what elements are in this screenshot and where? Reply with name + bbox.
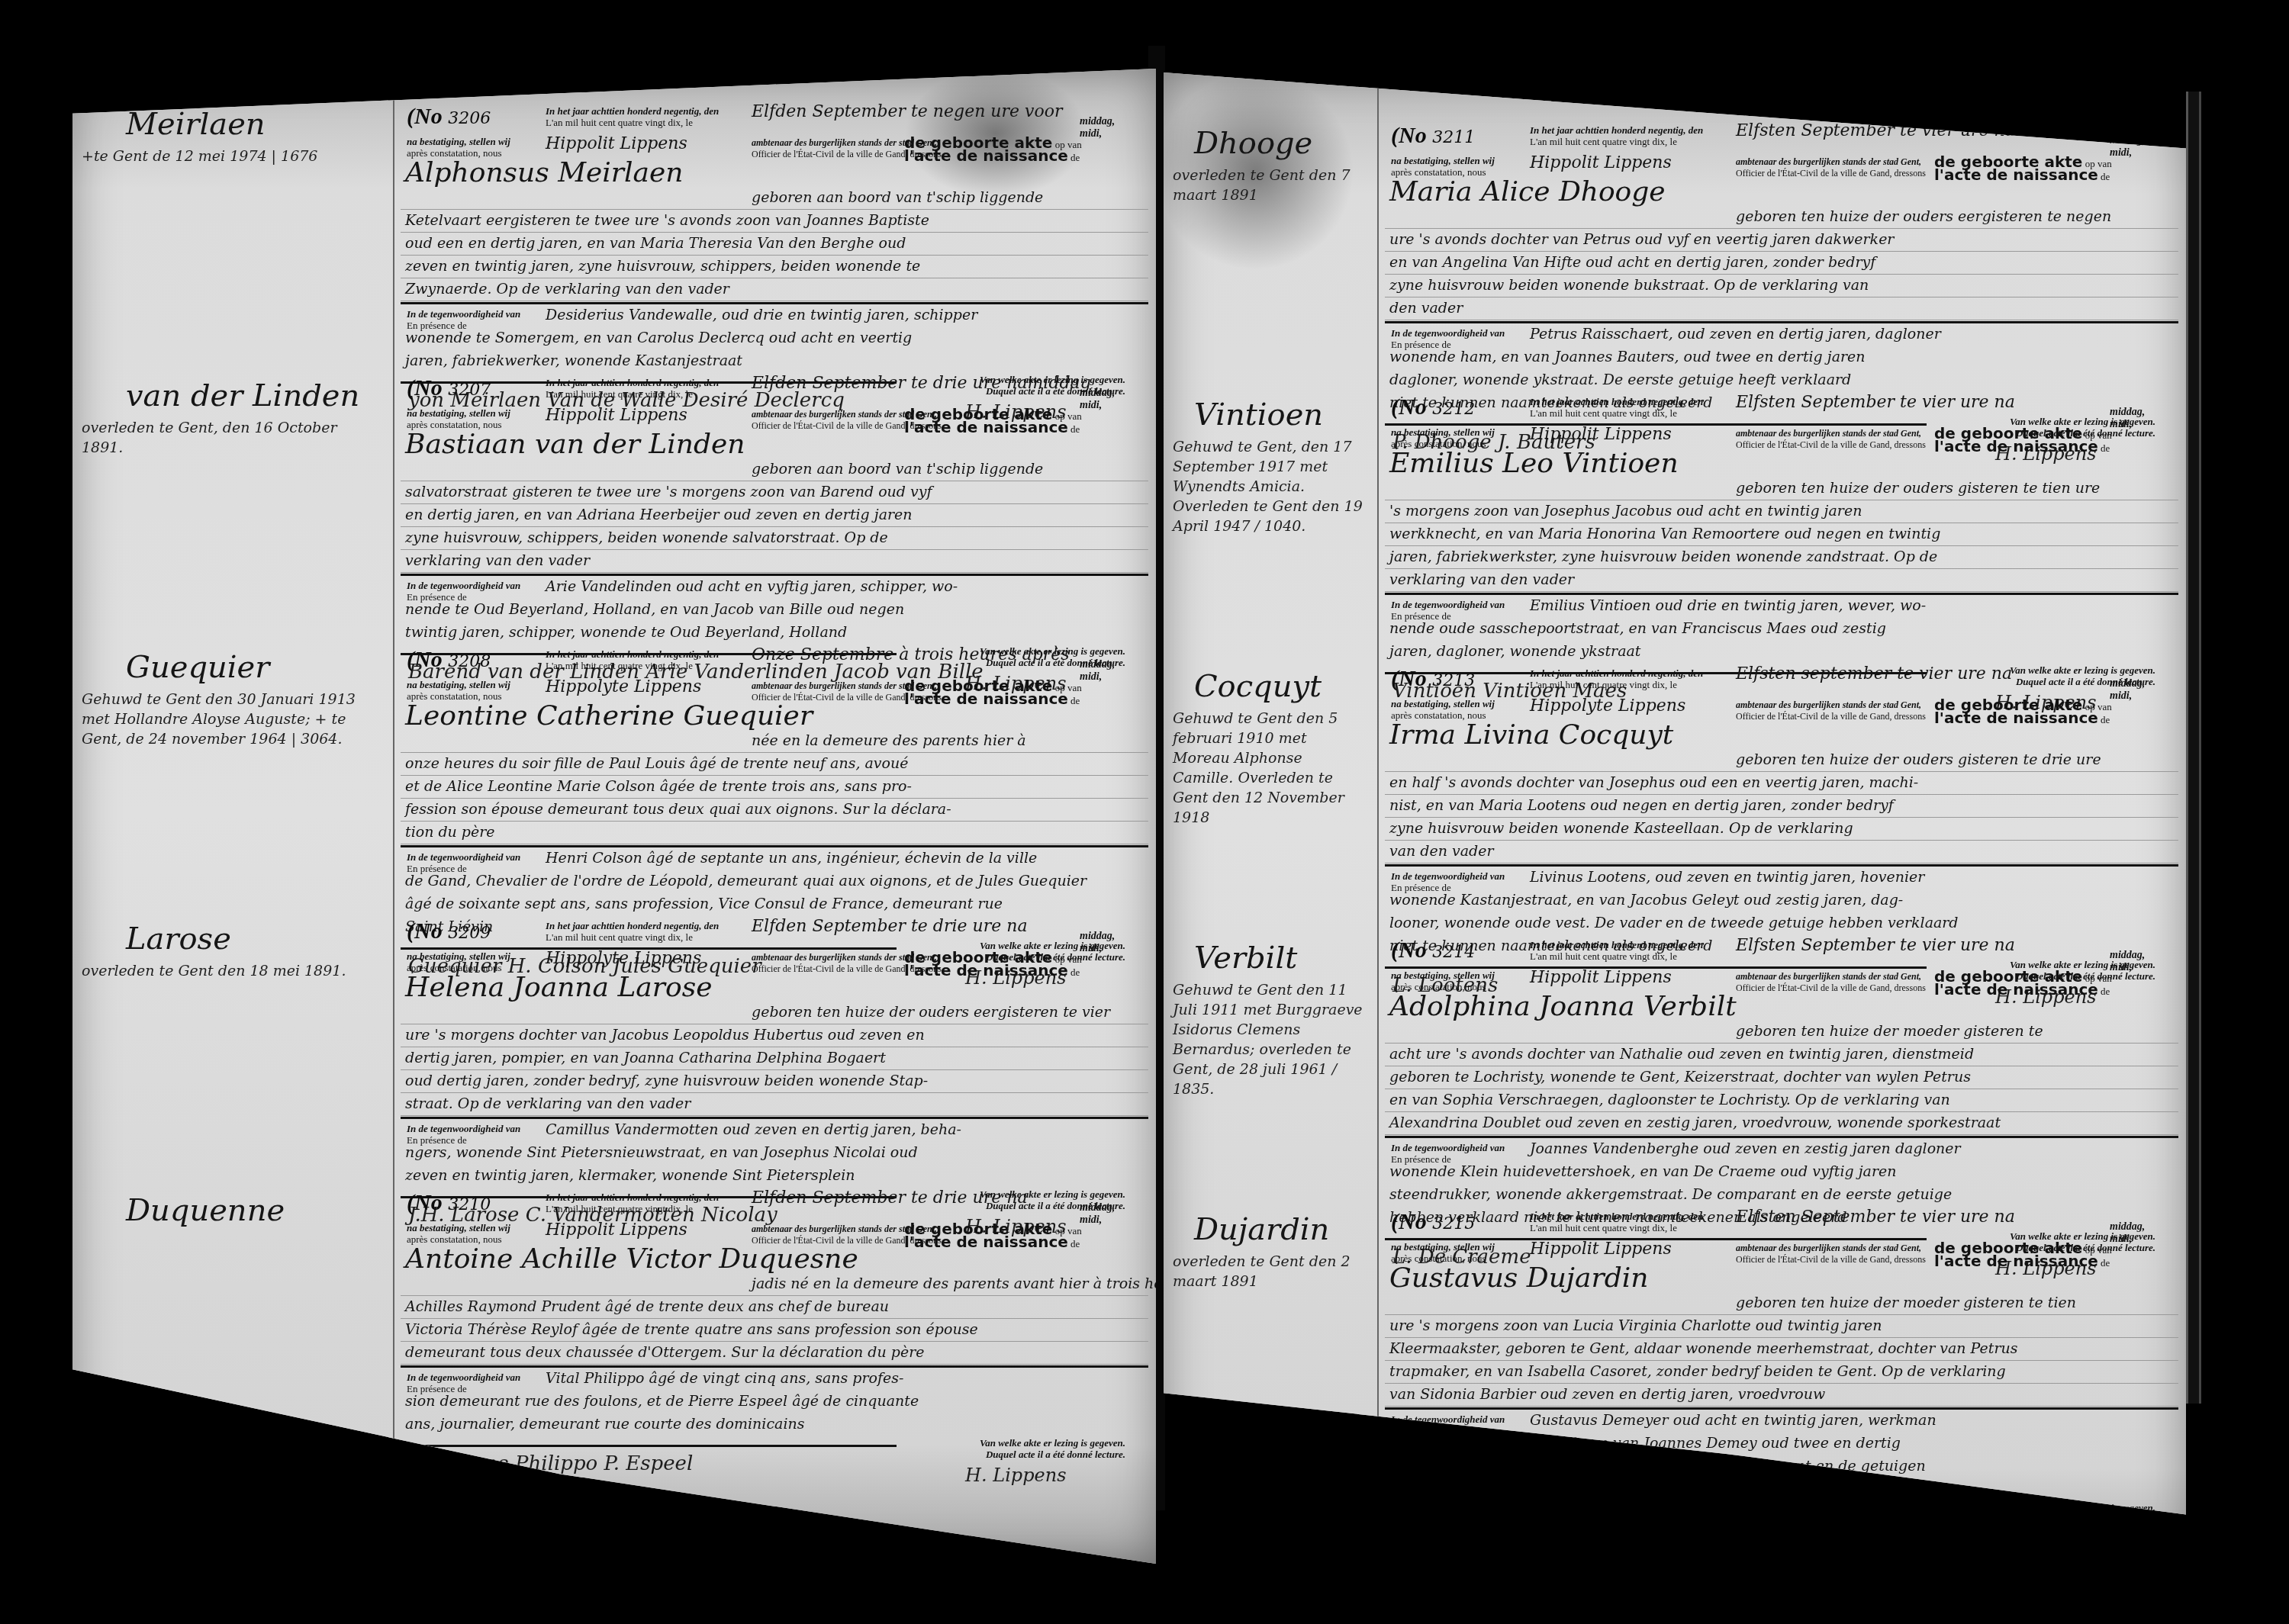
folio-number: 38 1/18: [2033, 103, 2106, 128]
ruled-line: [401, 278, 1148, 278]
ruled-line: [1385, 863, 2178, 863]
act-number: (No 3209: [407, 918, 491, 944]
witness-text-line: Desiderius Vandewalle, oud drie en twint…: [546, 307, 977, 323]
margin-annotation: overleden te Gent, den 16 October 1891.: [82, 418, 379, 458]
ruled-line: [401, 1092, 1148, 1093]
margin-annotation: Gehuwd te Gent den 11 Juli 1911 met Burg…: [1173, 980, 1363, 1099]
register-entry: van der Lindenoverleden te Gent, den 16 …: [72, 371, 1156, 642]
witness-text-line: jaren, fabriekwerker, wonende Kastanjest…: [405, 352, 742, 369]
act-date: Elfden September te drie ure namiddag: [752, 374, 1091, 393]
ruled-line: [1385, 1314, 2178, 1315]
witness-text-line: wonende Kastanjestraat, en van Jacobus G…: [1389, 892, 1903, 908]
printed-midday: middag,midi,: [2110, 407, 2145, 431]
officer-name: Hippolyte Lippens: [546, 949, 701, 968]
witness-text-line: nende oude sasschepoortstraat, en van Fr…: [1389, 620, 1886, 637]
section-rule: [1385, 864, 2178, 867]
section-rule: [1385, 321, 2178, 323]
act-text-line: fession son épouse demeurant tous deux q…: [405, 801, 951, 818]
act-text-line: 's morgens zoon van Josephus Jacobus oud…: [1389, 503, 1862, 519]
child-name: Adolphina Joanna Verbilt: [1389, 991, 1737, 1022]
ruled-line: [1385, 1337, 2178, 1338]
printed-midday: middag,midi,: [2110, 1221, 2145, 1246]
witness-text-line: Livinus Lootens, oud zeven en twintig ja…: [1530, 869, 1924, 886]
witness-text-line: Emilius Vintioen oud drie en twintig jar…: [1530, 597, 1926, 614]
act-text-line: Kleermaakster, geboren te Gent, aldaar w…: [1389, 1340, 2017, 1357]
printed-presence: In de tegenwoordigheid vanEn présence de: [1391, 327, 1505, 350]
officer-name: Hippolyte Lippens: [1530, 696, 1685, 716]
printed-midday: middag,midi,: [2110, 678, 2145, 703]
act-text-line: trapmaker, en van Isabella Casoret, zond…: [1389, 1363, 2006, 1380]
act-text-line: en van Angelina Van Hifte oud acht en de…: [1389, 254, 1875, 271]
witness-text-line: sion demeurant rue des foulons, et de Pi…: [405, 1393, 919, 1410]
printed-midday: middag,midi,: [1080, 116, 1115, 140]
act-text-line: van Sidonia Barbier oud zeven en dertig …: [1389, 1386, 1825, 1403]
ruled-line: [1385, 251, 2178, 252]
act-text-line: zeven en twintig jaren, zyne huisvrouw, …: [405, 258, 920, 275]
act-text-line: ure 's morgens zoon van Lucia Virginia C…: [1389, 1317, 1882, 1334]
ruled-line: [401, 798, 1148, 799]
act-date: Elfden September te negen ure voor: [752, 102, 1062, 121]
witness-text-line: ker, wonende bleekersdyk, en van Joannes…: [1389, 1435, 1901, 1452]
ruled-line: [401, 1364, 1148, 1365]
printed-officer: ambtenaar des burgerlijken stands der st…: [1736, 156, 1926, 179]
printed-year-heading: In het jaar achttien honderd negentig, d…: [546, 105, 719, 128]
ruled-line: [401, 844, 1148, 844]
register-entry: Duquenne(No 3210In het jaar achttien hon…: [72, 1185, 1156, 1457]
printed-after: na bestatiging, stellen wijaprès constat…: [1391, 155, 1495, 178]
child-name: Helena Joanna Larose: [405, 972, 713, 1003]
margin-surname: van der Linden: [126, 378, 359, 413]
printed-year-heading: In het jaar achttien honderd negentig, d…: [1530, 939, 1703, 962]
printed-act-title: de geboorte akte op vanl'acte de naissan…: [1934, 156, 2112, 182]
ruled-line: [401, 1318, 1148, 1319]
printed-year-heading: In het jaar achttien honderd negentig, d…: [546, 377, 719, 400]
printed-officer: ambtenaar des burgerlijken stands der st…: [1736, 971, 1926, 994]
margin-annotation: Gehuwd te Gent, den 17 September 1917 me…: [1173, 437, 1363, 536]
witness-text-line: de Gand, Chevalier de l'ordre de Léopold…: [405, 873, 1087, 889]
ruled-line: [401, 1047, 1148, 1047]
ruled-line: [401, 752, 1148, 753]
act-text-line: geboren ten huize der ouders eergisteren…: [1736, 208, 2111, 225]
act-date: Elfsten September te vier ure na: [1736, 1208, 2015, 1227]
act-text-line: van den vader: [1389, 843, 1494, 860]
officer-name: Hippolit Lippens: [1530, 153, 1672, 172]
ruled-line: [401, 1115, 1148, 1116]
printed-midday: middag,midi,: [1080, 659, 1115, 683]
printed-presence: In de tegenwoordigheid vanEn présence de: [1391, 1142, 1505, 1165]
act-text-line: Zwynaerde. Op de verklaring van den vade…: [405, 281, 729, 297]
printed-midday: middag,midi,: [1080, 388, 1115, 412]
ruled-line: [1385, 1111, 2178, 1112]
printed-act-title: de geboorte akte op vanl'acte de naissan…: [1934, 428, 2112, 454]
act-number: (No 3215: [1391, 1209, 1475, 1235]
act-text-line: geboren aan boord van t'schip liggende: [752, 461, 1043, 478]
margin-surname: Vintioen: [1194, 397, 1323, 433]
margin-surname: Larose: [126, 921, 231, 957]
witness-text-line: hebben verklaard niet te kunnen naamteek…: [1389, 1481, 1846, 1497]
section-rule: [401, 1365, 1148, 1368]
witness-text-line: looner, wonende oude vest. De vader en d…: [1389, 915, 1959, 931]
act-text-line: verklaring van den vader: [405, 552, 590, 569]
printed-act-title: de geboorte akte op vanl'acte de naissan…: [1934, 699, 2112, 725]
printed-after: na bestatiging, stellen wijaprès constat…: [407, 136, 510, 159]
section-rule: [1385, 1407, 2178, 1410]
act-text-line: nist, en van Maria Lootens oud negen en …: [1389, 797, 1894, 814]
ruled-line: [401, 232, 1148, 233]
act-text-line: Victoria Thérèse Reylof âgée de trente q…: [405, 1321, 978, 1338]
printed-midday: middag,midi,: [2110, 950, 2145, 974]
printed-act-title: de geboorte akte op vanl'acte de naissan…: [904, 680, 1082, 706]
ruled-line: [1385, 228, 2178, 229]
witness-text-line: Arie Vandelinden oud acht en vyftig jare…: [546, 578, 958, 595]
act-date: Onze Septembre à trois heures après: [752, 645, 1070, 664]
act-text-line: dertig jaren, pompier, en van Joanna Cat…: [405, 1050, 886, 1066]
act-text-line: en dertig jaren, en van Adriana Heerbeij…: [405, 506, 913, 523]
witness-text-line: ans, journalier, demeurant rue courte de…: [405, 1416, 804, 1433]
right-page: 38 1/18 Dhoogeoverleden te Gent den 7 ma…: [1164, 72, 2186, 1590]
printed-presence: In de tegenwoordigheid vanEn présence de: [407, 580, 520, 603]
witness-text-line: Camillus Vandermotten oud zeven en derti…: [546, 1121, 961, 1138]
act-text-line: straat. Op de verklaring van den vader: [405, 1095, 691, 1112]
act-text-line: ure 's avonds dochter van Petrus oud vyf…: [1389, 231, 1894, 248]
printed-act-title: de geboorte akte op vanl'acte de naissan…: [904, 409, 1082, 435]
printed-presence: In de tegenwoordigheid vanEn présence de: [1391, 870, 1505, 893]
act-text-line: den vader: [1389, 300, 1463, 317]
act-text-line: geboren ten huize der ouders gisteren te…: [1736, 480, 2100, 497]
section-rule: [1385, 593, 2178, 595]
act-number: (No 3213: [1391, 666, 1475, 692]
printed-year-heading: In het jaar achttien honderd negentig, d…: [1530, 396, 1703, 419]
act-number: (No 3207: [407, 375, 491, 401]
witness-text-line: wonende ham, en van Joannes Bauters, oud…: [1389, 349, 1866, 365]
witness-text-line: Petrus Raisschaert, oud zeven en dertig …: [1530, 326, 1941, 342]
act-text-line: zyne huisvrouw beiden wonende bukstraat.…: [1389, 277, 1869, 294]
act-text-line: onze heures du soir fille de Paul Louis …: [405, 755, 908, 772]
register-entry: VerbiltGehuwd te Gent den 11 Juli 1911 m…: [1164, 933, 2186, 1204]
register-entry: CocquytGehuwd te Gent den 5 februari 191…: [1164, 661, 2186, 933]
section-rule: [401, 302, 1148, 304]
printed-officer: ambtenaar des burgerlijken stands der st…: [1736, 1243, 1926, 1265]
act-number: (No 3206: [407, 104, 491, 130]
officer-name: Hippolit Lippens: [546, 1220, 687, 1240]
ruled-line: [1385, 523, 2178, 523]
margin-annotation: overleden te Gent den 7 maart 1891: [1173, 166, 1363, 205]
child-name: Antoine Achille Victor Duquesne: [405, 1243, 858, 1275]
ruled-line: [1385, 1383, 2178, 1384]
witness-text-line: wonende te Somergem, en van Carolus Decl…: [405, 330, 912, 346]
act-text-line: werkknecht, en van Maria Honorina Van Re…: [1389, 526, 1940, 542]
printed-after: na bestatiging, stellen wijaprès constat…: [407, 679, 510, 702]
margin-surname: Duquenne: [126, 1193, 285, 1228]
register-entry: Dhoogeoverleden te Gent den 7 maart 1891…: [1164, 118, 2186, 390]
printed-presence: In de tegenwoordigheid vanEn présence de: [407, 1123, 520, 1146]
child-name: Maria Alice Dhooge: [1389, 176, 1666, 207]
witness-text-line: Henri Colson âgé de septante un ans, ing…: [546, 850, 1037, 867]
register-entry: Dujardinoverleden te Gent den 2 maart 18…: [1164, 1204, 2186, 1476]
act-text-line: en van Sophia Verschraegen, dagloonster …: [1389, 1092, 1950, 1108]
printed-midday: middag,midi,: [2110, 135, 2145, 159]
child-name: Bastiaan van der Linden: [405, 429, 745, 460]
act-text-line: geboren aan boord van t'schip liggende: [752, 189, 1043, 206]
officer-signature: H. Lippens: [965, 1465, 1067, 1486]
act-text-line: zyne huisvrouw beiden wonende Kasteellaa…: [1389, 820, 1853, 837]
act-date: Elfsten September te vier ure na: [1736, 393, 2015, 412]
printed-year-heading: In het jaar achttien honderd negentig, d…: [1530, 667, 1703, 690]
printed-act-title: de geboorte akte op vanl'acte de naissan…: [904, 1224, 1082, 1249]
witness-text-line: wonende Klein huidevettershoek, en van D…: [1389, 1163, 1896, 1180]
witness-text-line: twintig jaren, schipper, wonende te Oud …: [405, 624, 847, 641]
officer-signature: H. Lippens: [1995, 1529, 2097, 1551]
witness-text-line: âgé de soixante sept ans, sans professio…: [405, 896, 1003, 912]
witness-text-line: Joannes Vandenberghe oud zeven en zestig…: [1530, 1140, 1961, 1157]
section-rule: [401, 1445, 897, 1447]
ruled-line: [401, 209, 1148, 210]
ruled-line: [401, 301, 1148, 301]
act-text-line: geboren ten huize der moeder gisteren te…: [1736, 1294, 2076, 1311]
act-text-line: verklaring van den vader: [1389, 571, 1574, 588]
margin-surname: Guequier: [126, 650, 269, 685]
act-text-line: en half 's avonds dochter van Josephus o…: [1389, 774, 1918, 791]
witness-text-line: Vital Philippo âgé de vingt cinq ans, sa…: [546, 1370, 904, 1387]
section-rule: [401, 1117, 1148, 1119]
ruled-line: [401, 1069, 1148, 1070]
printed-presence: In de tegenwoordigheid vanEn présence de: [407, 851, 520, 874]
ruled-line: [1385, 274, 2178, 275]
printed-after: na bestatiging, stellen wijaprès constat…: [407, 950, 510, 973]
ruled-line: [401, 1024, 1148, 1024]
section-rule: [401, 574, 1148, 576]
printed-year-heading: In het jaar achttien honderd negentig, d…: [546, 920, 719, 943]
ruled-line: [401, 481, 1148, 481]
printed-after: na bestatiging, stellen wijaprès constat…: [1391, 970, 1495, 992]
margin-annotation: +te Gent de 12 mei 1974 | 1676: [82, 146, 379, 166]
act-number: (No 3208: [407, 647, 491, 673]
ruled-line: [1385, 545, 2178, 546]
act-number: (No 3214: [1391, 937, 1475, 963]
ruled-line: [1385, 1360, 2178, 1361]
printed-presence: In de tegenwoordigheid vanEn présence de: [407, 1372, 520, 1394]
printed-presence: In de tegenwoordigheid vanEn présence de: [1391, 1413, 1505, 1436]
officer-name: Hippolit Lippens: [1530, 968, 1672, 987]
left-page: Meirlaen+te Gent de 12 mei 1974 | 1676(N…: [72, 69, 1156, 1564]
printed-after: na bestatiging, stellen wijaprès constat…: [1391, 1241, 1495, 1264]
ruled-line: [401, 549, 1148, 550]
section-rule: [1385, 1136, 2178, 1138]
officer-name: Hippolit Lippens: [546, 134, 687, 153]
register-entry: GuequierGehuwd te Gent den 30 Januari 19…: [72, 642, 1156, 914]
printed-year-heading: In het jaar achttien honderd negentig, d…: [1530, 1211, 1703, 1233]
act-text-line: acht ure 's avonds dochter van Nathalie …: [1389, 1046, 1974, 1063]
printed-presence: In de tegenwoordigheid vanEn présence de: [1391, 599, 1505, 622]
act-text-line: tion du père: [405, 824, 495, 841]
printed-year-heading: In het jaar achttien honderd negentig, d…: [546, 648, 719, 671]
margin-annotation: Gehuwd te Gent den 5 februari 1910 met M…: [1173, 709, 1363, 828]
witness-text-line: nende te Oud Beyerland, Holland, en van …: [405, 601, 904, 618]
ruled-line: [1385, 1066, 2178, 1066]
act-text-line: née en la demeure des parents hier à: [752, 732, 1026, 749]
register-entry: Meirlaen+te Gent de 12 mei 1974 | 1676(N…: [72, 99, 1156, 371]
printed-act-title: de geboorte akte op vanl'acte de naissan…: [1934, 971, 2112, 997]
ruled-line: [1385, 771, 2178, 772]
officer-name: Hippolit Lippens: [1530, 425, 1672, 444]
section-rule: [1385, 1510, 1927, 1512]
act-text-line: et de Alice Leontine Marie Colson âgée d…: [405, 778, 912, 795]
margin-surname: Dujardin: [1194, 1212, 1329, 1247]
register-entry: VintioenGehuwd te Gent, den 17 September…: [1164, 390, 2186, 661]
printed-act-title: de geboorte akte op vanl'acte de naissan…: [1934, 1243, 2112, 1269]
printed-year-heading: In het jaar achttien honderd negentig, d…: [1530, 124, 1703, 147]
act-number: (No 3210: [407, 1190, 491, 1216]
ruled-line: [1385, 840, 2178, 841]
ruled-line: [401, 503, 1148, 504]
ruled-line: [1385, 1089, 2178, 1089]
child-name: Alphonsus Meirlaen: [405, 157, 684, 188]
margin-surname: Meirlaen: [126, 107, 266, 142]
act-text-line: jaren, fabriekwerkster, zyne huisvrouw b…: [1389, 548, 1937, 565]
ruled-line: [1385, 500, 2178, 500]
act-text-line: geboren ten huize der ouders eergisteren…: [752, 1004, 1110, 1021]
printed-reading-note: Van welke akte er lezing is gegeven.Duqu…: [897, 1437, 1125, 1460]
act-text-line: salvatorstraat gisteren te twee ure 's m…: [405, 484, 932, 500]
ruled-line: [401, 1341, 1148, 1342]
printed-officer: ambtenaar des burgerlijken stands der st…: [1736, 699, 1926, 722]
section-rule: [401, 845, 1148, 847]
printed-midday: middag,midi,: [1080, 931, 1115, 955]
ruled-line: [1385, 794, 2178, 795]
act-text-line: zyne huisvrouw, schippers, beiden wonend…: [405, 529, 888, 546]
ruled-line: [1385, 1134, 2178, 1135]
act-text-line: geboren te Lochristy, wonende te Gent, K…: [1389, 1069, 1971, 1085]
act-text-line: Alexandrina Doublet oud zeven en zestig …: [1389, 1114, 2001, 1131]
act-text-line: geboren ten huize der ouders gisteren te…: [1736, 751, 2101, 768]
printed-act-title: de geboorte akte op vanl'acte de naissan…: [904, 952, 1082, 978]
printed-act-title: de geboorte akte op vanl'acte de naissan…: [904, 137, 1082, 163]
ruled-line: [401, 255, 1148, 256]
ruled-line: [1385, 817, 2178, 818]
act-date: Elfden September te drie ure na: [752, 1188, 1028, 1208]
printed-after: na bestatiging, stellen wijaprès constat…: [407, 407, 510, 430]
party-signatures: Duquesne Philippo P. Espeel: [408, 1452, 693, 1475]
child-name: Gustavus Dujardin: [1389, 1262, 1648, 1294]
printed-presence: In de tegenwoordigheid vanEn présence de: [407, 308, 520, 331]
officer-name: Hippolyte Lippens: [546, 677, 701, 696]
ruled-line: [401, 572, 1148, 573]
witness-text-line: steendrukker, wonende akkergemstraat. De…: [1389, 1186, 1952, 1203]
ruled-line: [401, 775, 1148, 776]
printed-midday: middag,midi,: [1080, 1202, 1115, 1227]
act-text-line: geboren ten huize der moeder gisteren te: [1736, 1023, 2043, 1040]
officer-name: Hippolit Lippens: [546, 406, 687, 425]
book-edge: [2186, 92, 2201, 1404]
ruled-line: [401, 821, 1148, 822]
child-name: Irma Livina Cocquyt: [1389, 719, 1673, 751]
ruled-line: [1385, 297, 2178, 297]
ruled-line: [1385, 1406, 2178, 1407]
margin-surname: Dhooge: [1194, 126, 1312, 161]
ruled-line: [1385, 320, 2178, 320]
printed-after: na bestatiging, stellen wijaprès constat…: [1391, 426, 1495, 449]
witness-text-line: ngers, wonende Sint Pietersnieuwstraat, …: [405, 1144, 918, 1161]
act-number: (No 3212: [1391, 394, 1475, 420]
witness-text-line: zeven en twintig jaren, klermaker, wonen…: [405, 1167, 855, 1184]
margin-annotation: overleden te Gent den 18 mei 1891.: [82, 961, 379, 981]
officer-name: Hippolit Lippens: [1530, 1240, 1672, 1259]
register-entry: Laroseoverleden te Gent den 18 mei 1891.…: [72, 914, 1156, 1185]
ruled-line: [1385, 1043, 2178, 1044]
printed-after: na bestatiging, stellen wijaprès constat…: [1391, 698, 1495, 721]
act-text-line: demeurant tous deux chaussée d'Ottergem.…: [405, 1344, 925, 1361]
act-date: Elfsten September te vier ure na: [1736, 121, 2015, 140]
act-text-line: Achilles Raymond Prudent âgé de trente d…: [405, 1298, 889, 1315]
margin-annotation: Gehuwd te Gent den 30 Januari 1913 met H…: [82, 690, 379, 749]
act-date: Elfsten september te vier ure na: [1736, 664, 2012, 683]
margin-surname: Cocquyt: [1194, 669, 1322, 704]
margin-annotation: overleden te Gent den 2 maart 1891: [1173, 1252, 1363, 1291]
ruled-line: [401, 1295, 1148, 1296]
child-name: Emilius Leo Vintioen: [1389, 448, 1679, 479]
child-name: Leontine Catherine Guequier: [405, 700, 813, 732]
witness-text-line: dagloner, wonende ykstraat. De eerste ge…: [1389, 371, 1851, 388]
act-date: Elfsten September te vier ure na: [1736, 936, 2015, 955]
printed-year-heading: In het jaar achttien honderd negentig, d…: [546, 1191, 719, 1214]
printed-officer: ambtenaar des burgerlijken stands der st…: [1736, 428, 1926, 451]
printed-after: na bestatiging, stellen wijaprès constat…: [407, 1222, 510, 1245]
ruled-line: [401, 526, 1148, 527]
act-text-line: oud een en dertig jaren, en van Maria Th…: [405, 235, 906, 252]
act-number: (No 3211: [1391, 123, 1475, 149]
witness-text-line: Gustavus Demeyer oud acht en twintig jar…: [1530, 1412, 1936, 1429]
witness-text-line: jaren, dagloner, wonende ykstraat: [1389, 643, 1640, 660]
witness-text-line: jaren, behanger, wonende meerhemstraat. …: [1389, 1458, 1926, 1474]
act-text-line: oud dertig jaren, zonder bedryf, zyne hu…: [405, 1072, 928, 1089]
act-text-line: ure 's morgens dochter van Jacobus Leopo…: [405, 1027, 925, 1044]
printed-reading-note: Van welke akte er lezing is gegeven.Duqu…: [1927, 1502, 2155, 1525]
ruled-line: [1385, 591, 2178, 592]
ruled-line: [1385, 568, 2178, 569]
act-text-line: Ketelvaart eergisteren te twee ure 's av…: [405, 212, 929, 229]
act-date: Elfden September te drie ure na: [752, 917, 1028, 936]
margin-surname: Verbilt: [1194, 941, 1297, 976]
